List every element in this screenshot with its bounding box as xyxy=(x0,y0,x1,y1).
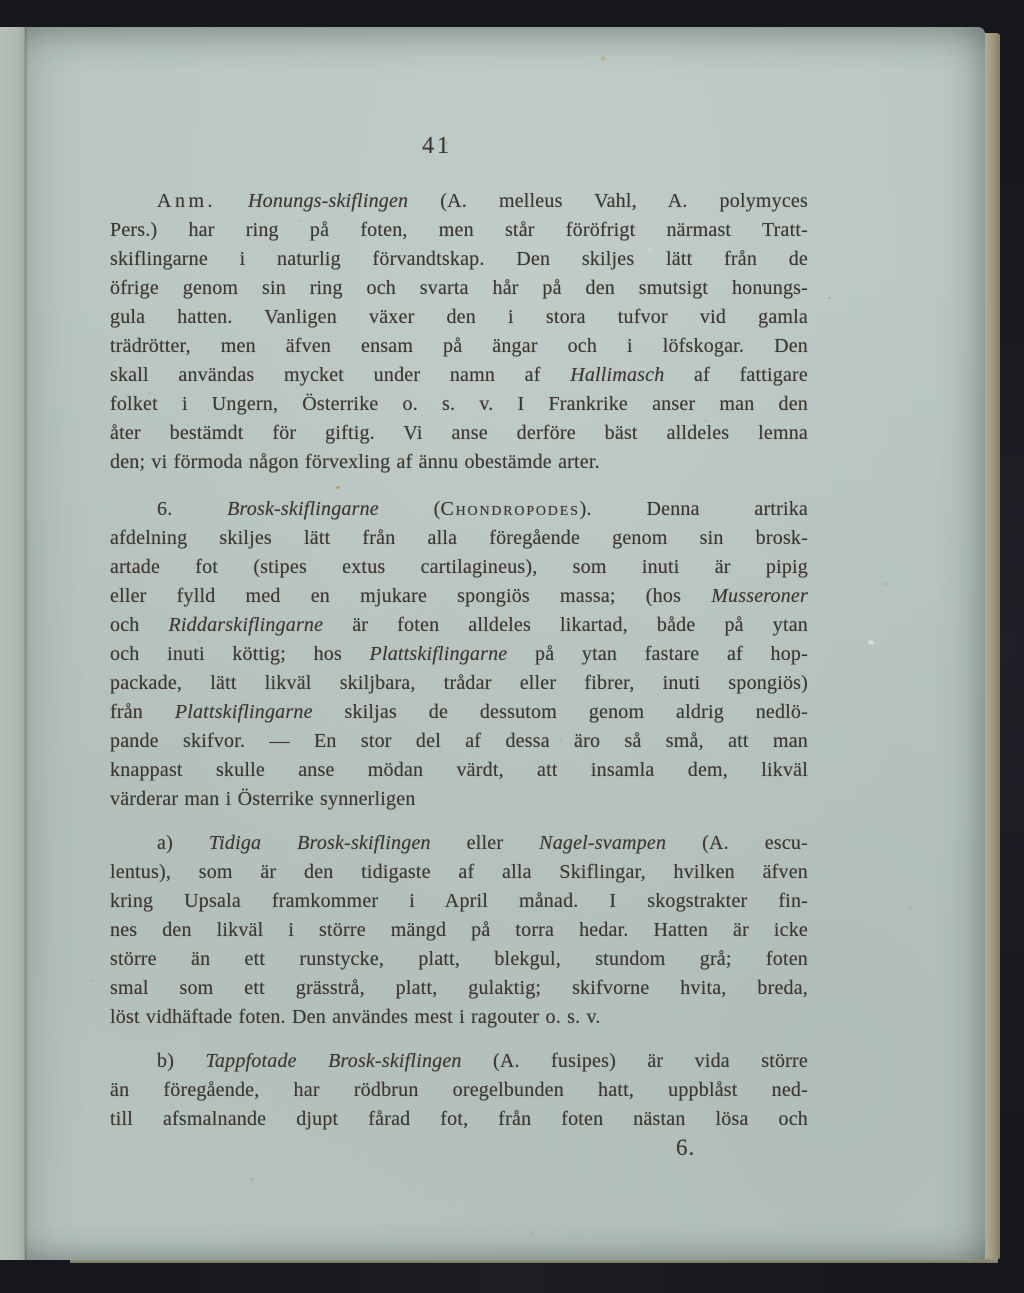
body-text: eller xyxy=(431,832,539,854)
body-text: är foten alldeles likartad, både på ytan xyxy=(323,614,808,636)
text-line: till afsmalnande djupt fårad fot, från f… xyxy=(110,1105,808,1134)
italic-text: Riddarskiflingarne xyxy=(169,614,324,636)
body-text: än föregående, har rödbrun oregelbunden … xyxy=(110,1079,808,1101)
body-text: knappast skulle anse mödan värdt, att in… xyxy=(110,759,808,781)
text-line: packade, lätt likväl skiljbara, trådar e… xyxy=(110,669,808,698)
text-line: a) Tidiga Brosk-skiflingen eller Nagel-s… xyxy=(110,829,808,858)
text-line: Anm. Honungs-skiflingen (A. melleus Vahl… xyxy=(110,187,808,216)
body-text: större än ett runstycke, platt, blekgul,… xyxy=(110,948,808,970)
text-line: nes den likväl i större mängd på torra h… xyxy=(110,916,808,945)
text-line: och inuti köttig; hos Plattskiflingarne … xyxy=(110,640,808,669)
paragraph: Anm. Honungs-skiflingen (A. melleus Vahl… xyxy=(110,187,808,477)
body-text: artade fot (stipes extus cartilagineus),… xyxy=(110,556,808,578)
body-text: skiljas de dessutom genom aldrig nedlö- xyxy=(313,701,808,723)
body-text: (A. fusipes) är vida större xyxy=(462,1050,808,1072)
foxing-speck xyxy=(884,583,887,585)
body-text: kring Upsala framkommer i April månad. I… xyxy=(110,890,808,912)
body-text: eller fylld med en mjukare spongiös mass… xyxy=(110,585,711,607)
body-text: till afsmalnande djupt fårad fot, från f… xyxy=(110,1108,808,1130)
italic-text: Musseroner xyxy=(711,585,808,607)
page-text: Anm. Honungs-skiflingen (A. melleus Vahl… xyxy=(110,187,808,1134)
body-text: på ytan fastare af hop- xyxy=(507,643,808,665)
body-text: af fattigare xyxy=(664,364,808,386)
smallcaps-text: Chondropodes xyxy=(440,498,579,520)
text-line: afdelning skiljes lätt från alla föregåe… xyxy=(110,524,808,553)
body-text: skall användas mycket under namn af xyxy=(110,364,570,386)
body-text: från xyxy=(110,701,175,723)
body-text: smal som ett grässtrå, platt, gulaktig; … xyxy=(110,977,808,999)
body-text: åter bestämdt för giftig. Vi anse derför… xyxy=(110,422,808,444)
body-text: (A. escu- xyxy=(666,832,808,854)
text-line: b) Tappfotade Brosk-skiflingen (A. fusip… xyxy=(110,1047,808,1076)
foxing-speck xyxy=(250,1178,254,1181)
text-line: artade fot (stipes extus cartilagineus),… xyxy=(110,553,808,582)
foxing-speck xyxy=(868,640,874,645)
book-page: 41 Anm. Honungs-skiflingen (A. melleus V… xyxy=(0,27,985,1260)
text-line: lentus), som är den tidigaste af alla Sk… xyxy=(110,858,808,887)
foxing-speck xyxy=(601,57,605,60)
text-line: öfrige genom sin ring och svarta hår på … xyxy=(110,274,808,303)
page-number: 41 xyxy=(88,133,786,160)
body-text: (A. melleus Vahl, A. polymyces xyxy=(408,190,808,212)
text-line: eller fylld med en mjukare spongiös mass… xyxy=(110,582,808,611)
text-line: knappast skulle anse mödan värdt, att in… xyxy=(110,756,808,785)
page-fold-crease xyxy=(24,27,28,1260)
body-text: och inuti köttig; hos xyxy=(110,643,370,665)
text-line: åter bestämdt för giftig. Vi anse derför… xyxy=(110,419,808,448)
body-text: b) xyxy=(157,1050,205,1072)
body-text: nes den likväl i större mängd på torra h… xyxy=(110,919,808,941)
body-text: afdelning skiljes lätt från alla föregåe… xyxy=(110,527,808,549)
italic-text: Plattskiflingarne xyxy=(175,701,313,723)
spaced-text: Anm. xyxy=(157,190,216,212)
text-line: värderar man i Österrike synnerligen xyxy=(110,785,808,814)
text-line: gula hatten. Vanligen växer den i stora … xyxy=(110,303,808,332)
text-line: folket i Ungern, Österrike o. s. v. I Fr… xyxy=(110,390,808,419)
scan-backdrop: 41 Anm. Honungs-skiflingen (A. melleus V… xyxy=(0,0,1024,1293)
foxing-speck xyxy=(530,1232,533,1234)
paragraph: 6. Brosk-skiflingarne (Chondropodes). De… xyxy=(110,495,808,814)
italic-text: Plattskiflingarne xyxy=(370,643,508,665)
text-line: trädrötter, men äfven ensam på ängar och… xyxy=(110,332,808,361)
italic-text: Honungs-skiflingen xyxy=(248,190,408,212)
body-text: 6. xyxy=(157,498,227,520)
body-text: ). Denna artrika xyxy=(580,498,808,520)
page-gutter xyxy=(0,27,25,1260)
foxing-speck xyxy=(90,980,93,982)
text-line: den; vi förmoda någon förvexling af ännu… xyxy=(110,448,808,477)
text-line: pande skifvor. — En stor del af dessa är… xyxy=(110,727,808,756)
text-line: och Riddarskiflingarne är foten alldeles… xyxy=(110,611,808,640)
text-line: från Plattskiflingarne skiljas de dessut… xyxy=(110,698,808,727)
page-edge-right xyxy=(983,33,1000,1259)
foxing-speck xyxy=(908,906,912,909)
body-text: trädrötter, men äfven ensam på ängar och… xyxy=(110,335,808,357)
text-line: än föregående, har rödbrun oregelbunden … xyxy=(110,1076,808,1105)
text-line: 6. Brosk-skiflingarne (Chondropodes). De… xyxy=(110,495,808,524)
body-text: gula hatten. Vanligen växer den i stora … xyxy=(110,306,808,328)
italic-text: Hallimasch xyxy=(570,364,664,386)
text-line: smal som ett grässtrå, platt, gulaktig; … xyxy=(110,974,808,1003)
body-text: folket i Ungern, Österrike o. s. v. I Fr… xyxy=(110,393,808,415)
body-text: löst vidhäftade foten. Den användes mest… xyxy=(110,1006,601,1028)
italic-text: Tappfotade Brosk-skiflingen xyxy=(205,1050,461,1072)
text-line: kring Upsala framkommer i April månad. I… xyxy=(110,887,808,916)
body-text: Pers.) har ring på foten, men står föröf… xyxy=(110,219,808,241)
body-text: lentus), som är den tidigaste af alla Sk… xyxy=(110,861,808,883)
body-text: packade, lätt likväl skiljbara, trådar e… xyxy=(110,672,808,694)
text-line: skall användas mycket under namn af Hall… xyxy=(110,361,808,390)
body-text: skiflingarne i naturlig förvandtskap. De… xyxy=(110,248,808,270)
foxing-speck xyxy=(828,297,831,299)
text-line: Pers.) har ring på foten, men står föröf… xyxy=(110,216,808,245)
paragraph: a) Tidiga Brosk-skiflingen eller Nagel-s… xyxy=(110,829,808,1032)
italic-text: Nagel-svampen xyxy=(539,832,666,854)
paragraph: b) Tappfotade Brosk-skiflingen (A. fusip… xyxy=(110,1047,808,1134)
body-text: värderar man i Österrike synnerligen xyxy=(110,788,416,810)
body-text: pande skifvor. — En stor del af dessa är… xyxy=(110,730,808,752)
text-line: större än ett runstycke, platt, blekgul,… xyxy=(110,945,808,974)
text-line: löst vidhäftade foten. Den användes mest… xyxy=(110,1003,808,1032)
text-line: skiflingarne i naturlig förvandtskap. De… xyxy=(110,245,808,274)
body-text: ( xyxy=(379,498,441,520)
body-text: a) xyxy=(157,832,209,854)
body-text: öfrige genom sin ring och svarta hår på … xyxy=(110,277,808,299)
italic-text: Brosk-skiflingarne xyxy=(227,498,379,520)
body-text xyxy=(216,190,248,212)
signature-mark: 6. xyxy=(676,1135,695,1161)
italic-text: Tidiga Brosk-skiflingen xyxy=(209,832,431,854)
body-text: och xyxy=(110,614,169,636)
body-text: den; vi förmoda någon förvexling af ännu… xyxy=(110,451,600,473)
